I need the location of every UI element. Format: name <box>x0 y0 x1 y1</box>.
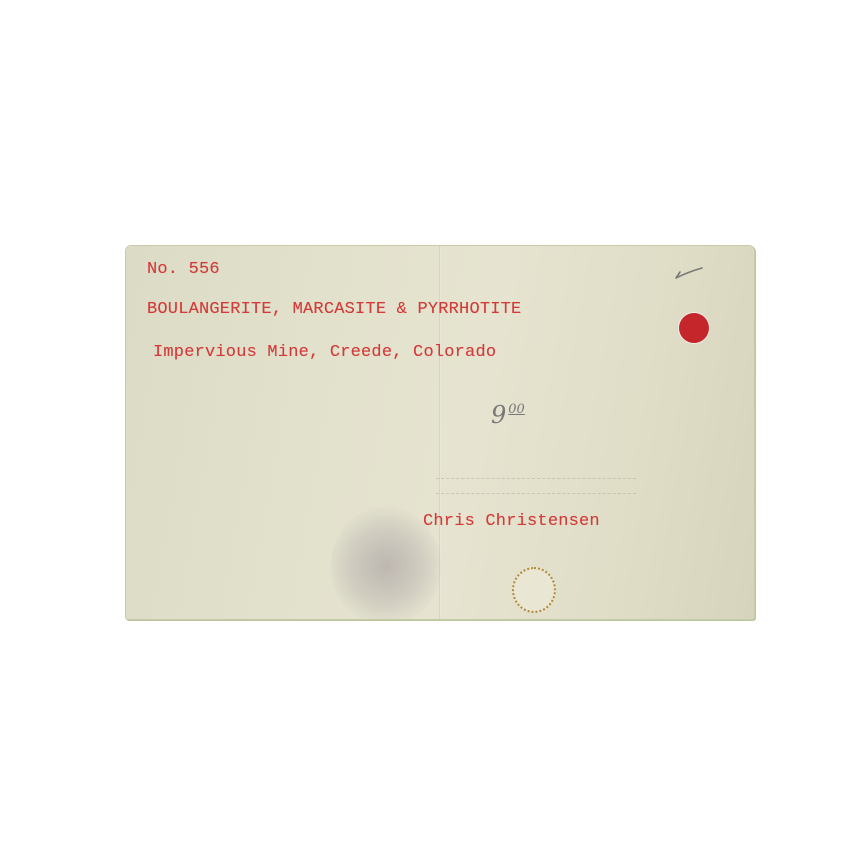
specimen-number: No. 556 <box>147 260 220 279</box>
specimen-label-card: No. 556 BOULANGERITE, MARCASITE & PYRRHO… <box>126 246 754 619</box>
handwritten-price: 900 <box>491 401 525 429</box>
faint-dotted-lines <box>436 478 636 494</box>
red-dot-sticker <box>679 313 709 343</box>
ring-stain <box>512 567 556 613</box>
locality: Impervious Mine, Creede, Colorado <box>153 343 496 362</box>
price-cents: 00 <box>508 402 525 417</box>
checkmark-icon <box>674 266 704 280</box>
dealer-name: Chris Christensen <box>423 512 600 531</box>
mineral-names: BOULANGERITE, MARCASITE & PYRRHOTITE <box>147 300 521 319</box>
price-dollars: 9 <box>491 401 506 429</box>
